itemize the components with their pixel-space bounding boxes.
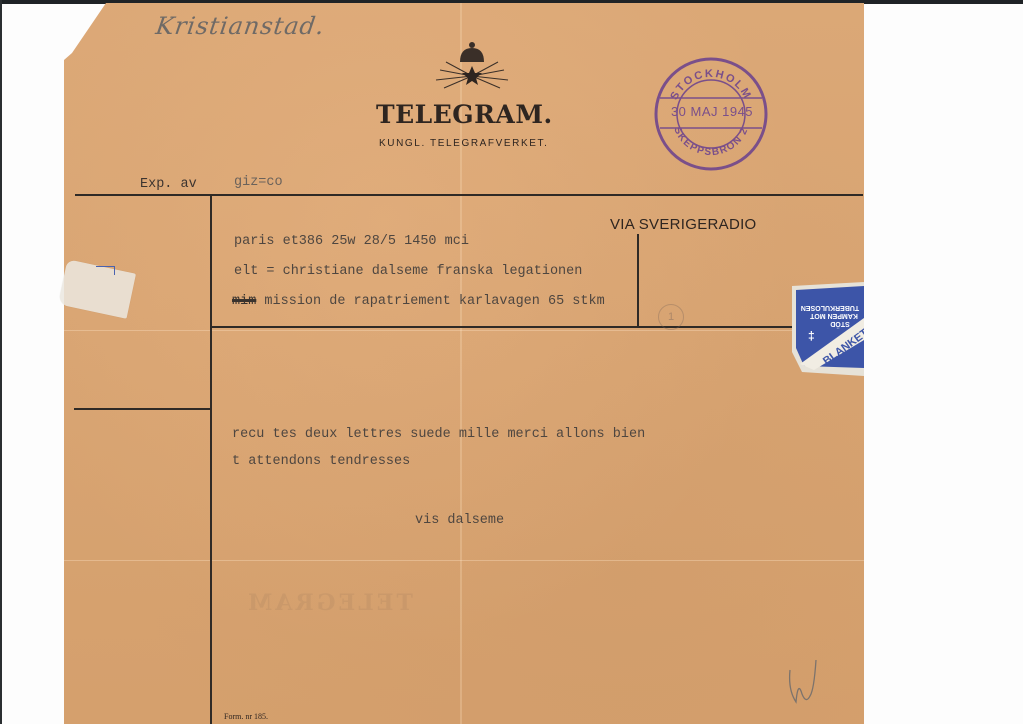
address-line-3-row: mim mission de rapatriement karlavagen 6…: [232, 294, 605, 309]
via-sverigeradio: VIA SVERIGERADIO: [610, 216, 757, 233]
form-rule-address-bottom: [212, 326, 863, 328]
tape-stamp-remnant: [96, 266, 115, 275]
address-line-2: elt = christiane dalseme franska legatio…: [234, 264, 582, 279]
address-line-1: paris et386 25w 28/5 1450 mci: [234, 234, 469, 249]
handwritten-note: Kristianstad.: [154, 12, 327, 40]
struck-text: mim: [232, 294, 256, 309]
address-line-3: mission de rapatriement karlavagen 65 st…: [264, 294, 604, 309]
message-line-2: t attendons tendresses: [232, 454, 410, 469]
exp-label: Exp. av: [140, 177, 197, 192]
svg-text:STOCKHOLM: STOCKHOLM: [668, 68, 753, 102]
bleed-through-text: TELEGRAM: [245, 590, 413, 616]
fold-line: [64, 560, 864, 561]
postmark-date: 30 MAJ 1945: [667, 104, 757, 119]
form-rule-left-box: [74, 408, 210, 410]
circled-mark: 1: [658, 304, 684, 330]
form-rule-address-right: [637, 234, 639, 327]
svg-text:TUBERKULOSEN: TUBERKULOSEN: [801, 304, 859, 311]
fold-line: [64, 330, 864, 331]
exp-value: giz=co: [234, 175, 283, 190]
message-line-1: recu tes deux lettres suede mille merci …: [232, 427, 645, 442]
svg-text:KAMPEN MOT: KAMPEN MOT: [809, 312, 858, 319]
svg-text:SKEPPSBRON 2: SKEPPSBRON 2: [671, 125, 751, 158]
telegram-title: TELEGRAM.: [376, 100, 553, 129]
form-rule-top: [75, 194, 863, 196]
scanner-left-edge: [0, 0, 2, 724]
form-number: Form. nr 185.: [224, 712, 268, 721]
signature: vis dalseme: [415, 513, 504, 528]
form-rule-left-column: [210, 196, 212, 724]
tuberculosis-charity-seal-icon: TUBERKULOSEN KAMPEN MOT STÖD ‡ BLANKET: [790, 282, 864, 376]
handwritten-initials-icon: [786, 660, 822, 710]
svg-text:‡: ‡: [808, 329, 815, 343]
telegraph-agency: KUNGL. TELEGRAFVERKET.: [379, 138, 549, 149]
svg-text:STÖD: STÖD: [830, 320, 849, 329]
crown-star-emblem-icon: [432, 40, 512, 96]
